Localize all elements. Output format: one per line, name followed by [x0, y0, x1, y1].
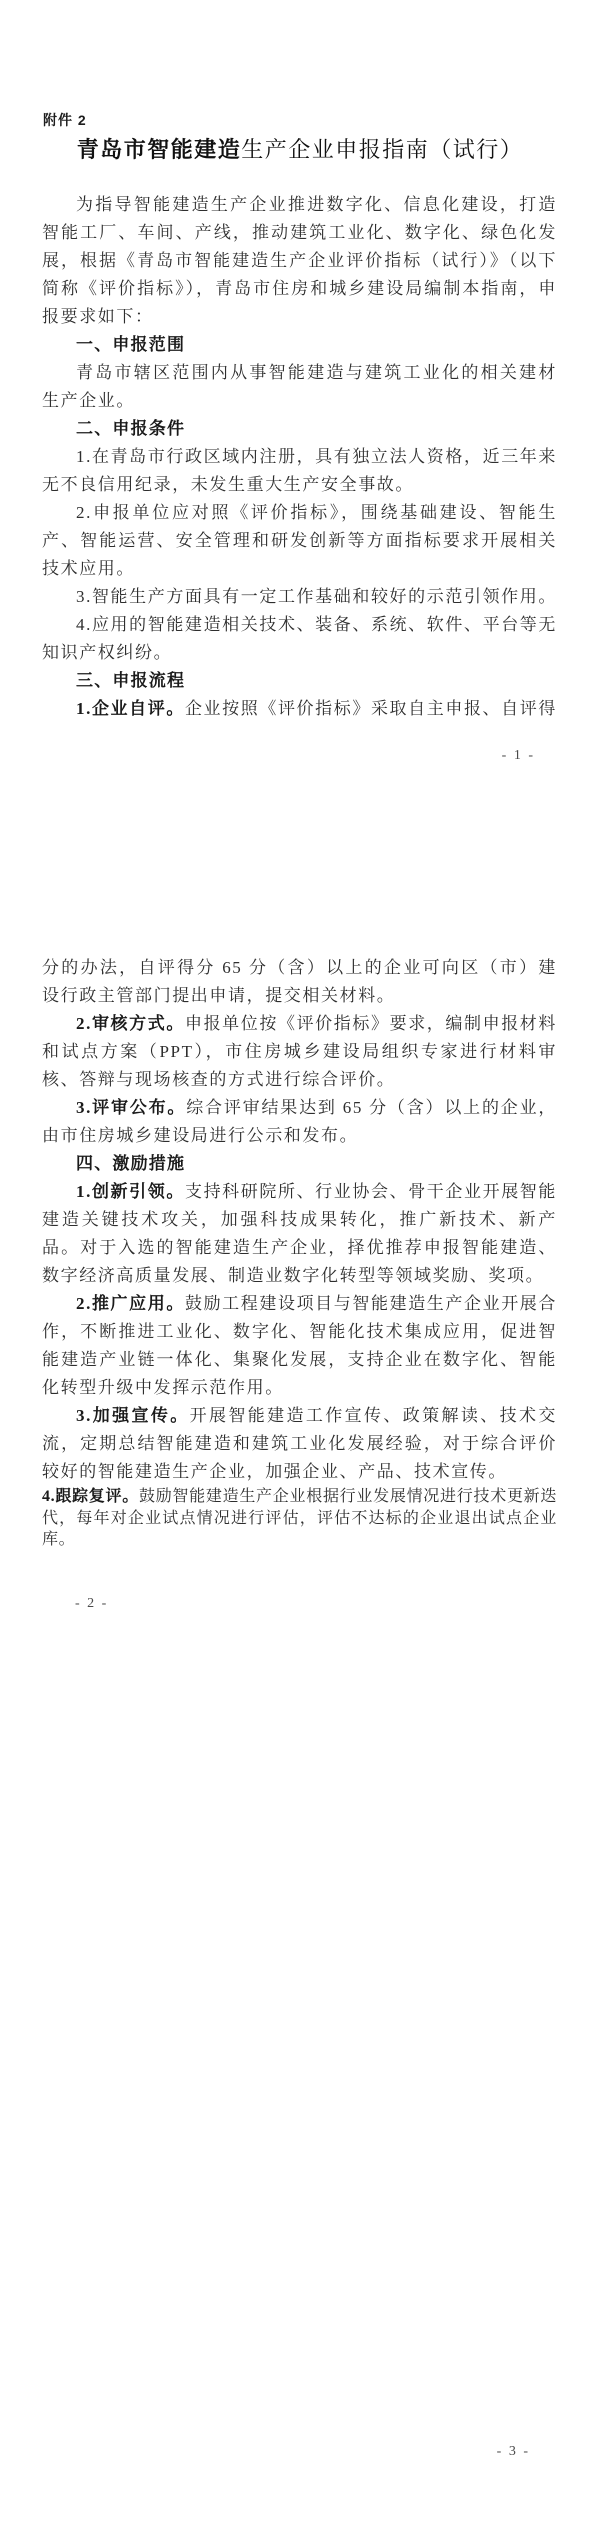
section-heading-conditions: 二、申报条件 [42, 415, 557, 443]
page-number-3: - 3 - [497, 2444, 530, 2460]
process-step-3-lead: 3.评审公布。 [76, 1098, 186, 1117]
process-step-1-continuation: 分的办法，自评得分 65 分（含）以上的企业可向区（市）建设行政主管部门提出申请… [42, 954, 557, 1010]
document-title: 青岛市智能建造生产企业申报指南（试行） [30, 133, 570, 167]
process-step-2: 2.审核方式。申报单位按《评价指标》要求，编制申报材料和试点方案（PPT），市住… [42, 1010, 557, 1094]
incentive-item-4-lead: 4.跟踪复评。 [42, 1488, 139, 1505]
scope-paragraph: 青岛市辖区范围内从事智能建造与建筑工业化的相关建材生产企业。 [42, 359, 557, 415]
title-regular-part: 生产企业申报指南（试行） [241, 137, 523, 162]
process-step-2-lead: 2.审核方式。 [76, 1014, 185, 1033]
process-step-1-lead: 1.企业自评。 [76, 699, 185, 718]
process-step-1-text: 企业按照《评价指标》采取自主申报、自评得 [185, 699, 557, 718]
incentive-item-4: 4.跟踪复评。鼓励智能建造生产企业根据行业发展情况进行技术更新迭代，每年对企业试… [42, 1486, 557, 1551]
process-step-1: 1.企业自评。企业按照《评价指标》采取自主申报、自评得 [42, 695, 557, 723]
title-bold-part: 青岛市智能建造 [77, 137, 242, 162]
section-heading-process: 三、申报流程 [42, 667, 557, 695]
incentive-item-1: 1.创新引领。支持科研院所、行业协会、骨干企业开展智能建造关键技术攻关，加强科技… [42, 1178, 557, 1290]
incentive-item-2: 2.推广应用。鼓励工程建设项目与智能建造生产企业开展合作，不断推进工业化、数字化… [42, 1290, 557, 1402]
page-2-body: 分的办法，自评得分 65 分（含）以上的企业可向区（市）建设行政主管部门提出申请… [42, 954, 557, 1551]
incentive-item-2-lead: 2.推广应用。 [76, 1294, 185, 1313]
document-page-scroll: 附件 2 青岛市智能建造生产企业申报指南（试行） 为指导智能建造生产企业推进数字… [0, 0, 600, 2546]
section-heading-scope: 一、申报范围 [42, 331, 557, 359]
condition-item-1: 1.在青岛市行政区域内注册，具有独立法人资格，近三年来无不良信用纪录，未发生重大… [42, 443, 557, 499]
incentive-item-3: 3.加强宣传。开展智能建造工作宣传、政策解读、技术交流，定期总结智能建造和建筑工… [42, 1402, 557, 1486]
attachment-label: 附件 2 [43, 110, 87, 130]
section-heading-incentives: 四、激励措施 [42, 1150, 557, 1178]
process-step-3: 3.评审公布。综合评审结果达到 65 分（含）以上的企业，由市住房城乡建设局进行… [42, 1094, 557, 1150]
intro-paragraph: 为指导智能建造生产企业推进数字化、信息化建设，打造智能工厂、车间、产线，推动建筑… [42, 191, 557, 331]
incentive-item-3-lead: 3.加强宣传。 [76, 1406, 190, 1425]
condition-item-3: 3.智能生产方面具有一定工作基础和较好的示范引领作用。 [42, 583, 557, 611]
page-1-body: 为指导智能建造生产企业推进数字化、信息化建设，打造智能工厂、车间、产线，推动建筑… [42, 191, 557, 723]
condition-item-2: 2.申报单位应对照《评价指标》，围绕基础建设、智能生产、智能运营、安全管理和研发… [42, 499, 557, 583]
page-number-2: - 2 - [75, 1596, 108, 1612]
page-number-1: - 1 - [502, 748, 535, 764]
incentive-item-1-lead: 1.创新引领。 [76, 1182, 185, 1201]
condition-item-4: 4.应用的智能建造相关技术、装备、系统、软件、平台等无知识产权纠纷。 [42, 611, 557, 667]
